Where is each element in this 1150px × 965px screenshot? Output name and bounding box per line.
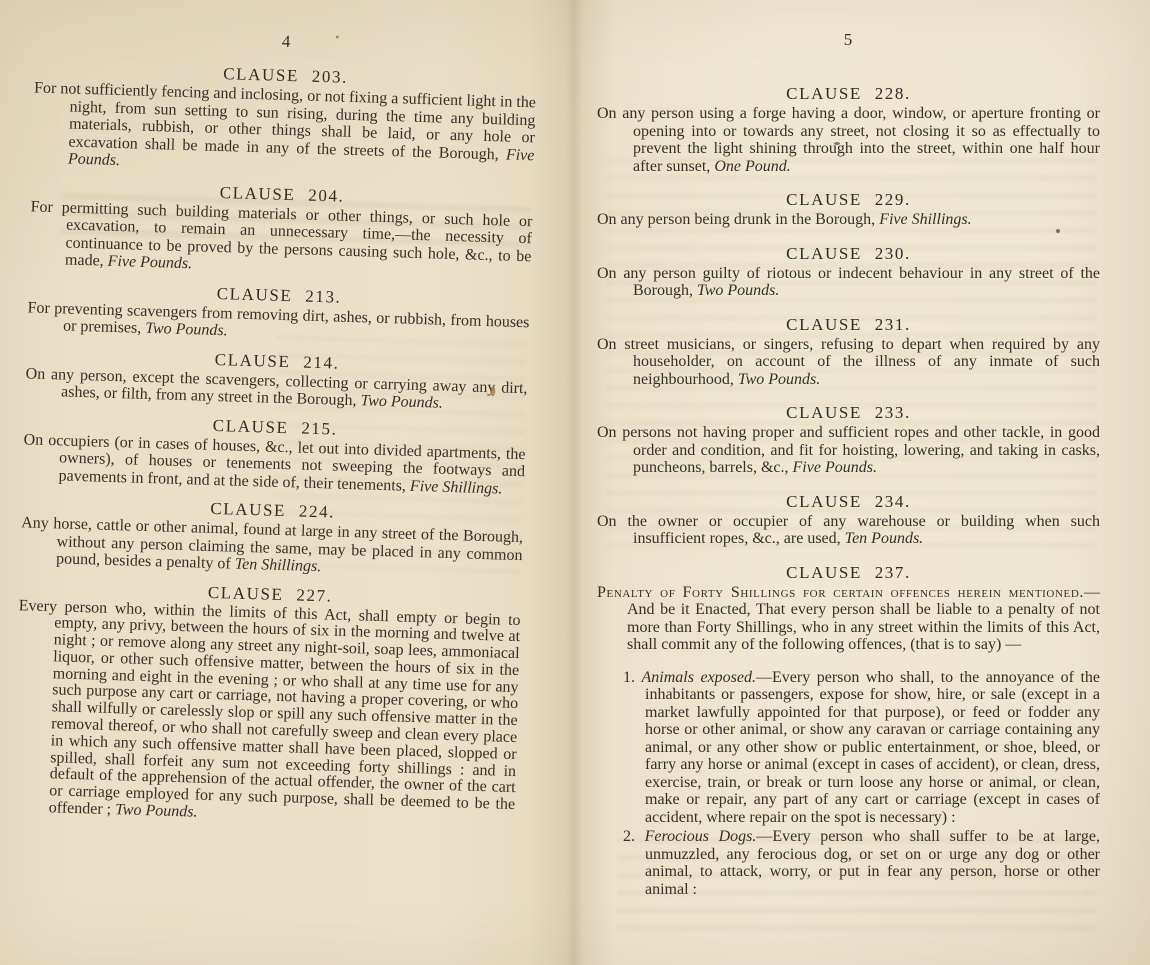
clause-204: CLAUSE 204. For permitting such building…: [29, 177, 533, 283]
page-number: 4: [35, 25, 537, 60]
page-5: 5 CLAUSE 228. On any person using a forg…: [597, 30, 1100, 900]
offence-item-2: 2. Ferocious Dogs.—Every person who shal…: [611, 828, 1100, 898]
item-number: 2.: [623, 828, 635, 845]
clause-heading: CLAUSE 231.: [597, 315, 1100, 335]
clause-227: CLAUSE 227. Every person who, within the…: [13, 577, 522, 831]
clause-penalty: Two Pounds.: [115, 801, 198, 820]
paper-speck: [1056, 229, 1060, 233]
clause-body: On any person using a forge having a doo…: [597, 105, 1100, 175]
clause-penalty: Five Shillings.: [410, 477, 503, 497]
clause-penalty: Ten Pounds.: [845, 530, 924, 547]
clause-penalty: Two Pounds.: [360, 392, 443, 411]
clause-heading: CLAUSE 228.: [597, 84, 1100, 104]
clause-213: CLAUSE 213. For preventing scavengers fr…: [27, 278, 530, 349]
clause-224: CLAUSE 224. Any horse, cattle or other a…: [20, 493, 524, 581]
clause-text: For not sufficiently fencing and inclosi…: [34, 79, 536, 162]
clause-214: CLAUSE 214. On any person, except the sc…: [25, 344, 528, 415]
clause-text: On any person using a forge having a doo…: [597, 105, 1100, 175]
clause-237: CLAUSE 237. Penalty of Forty Shillings f…: [597, 563, 1100, 654]
clause-penalty: Two Pounds.: [738, 371, 820, 388]
clause-231: CLAUSE 231. On street musicians, or sing…: [597, 315, 1100, 389]
clause-penalty: Two Pounds.: [145, 320, 228, 339]
clause-heading: CLAUSE 233.: [597, 403, 1100, 423]
clause-smallcaps-lead: Penalty of Forty Shillings for certain o…: [597, 584, 1084, 601]
item-lead: Animals exposed.: [642, 669, 757, 686]
clause-heading: CLAUSE 230.: [597, 244, 1100, 264]
clause-body: On persons not having proper and suffici…: [597, 424, 1100, 477]
clause-230: CLAUSE 230. On any person guilty of riot…: [597, 244, 1100, 300]
clause-body: On street musicians, or singers, refusin…: [597, 336, 1100, 389]
clause-body: On any person guilty of riotous or indec…: [597, 265, 1100, 300]
clause-body: Penalty of Forty Shillings for certain o…: [597, 584, 1100, 654]
page-4: 4 CLAUSE 203. For not sufficiently fenci…: [13, 25, 538, 831]
offence-list: 1. Animals exposed.—Every person who sha…: [597, 669, 1100, 899]
clause-heading: CLAUSE 229.: [597, 190, 1100, 210]
clause-penalty: Two Pounds.: [697, 282, 779, 299]
book-scan: 4 CLAUSE 203. For not sufficiently fenci…: [0, 0, 1150, 965]
page-number: 5: [597, 30, 1100, 50]
offence-item-1: 1. Animals exposed.—Every person who sha…: [611, 669, 1100, 827]
item-lead: Ferocious Dogs.: [645, 828, 757, 845]
item-text: —Every person who shall, to the annoyanc…: [645, 669, 1100, 826]
clause-body: Every person who, within the limits of t…: [13, 598, 521, 831]
clause-text: On any person guilty of riotous or indec…: [597, 265, 1100, 300]
clause-body: On any person being drunk in the Borough…: [597, 211, 1100, 229]
item-number: 1.: [623, 669, 635, 686]
clause-203: CLAUSE 203. For not sufficiently fencing…: [32, 58, 537, 181]
clause-body: For not sufficiently fencing and inclosi…: [32, 79, 536, 181]
clause-text: On any person being drunk in the Borough…: [597, 211, 875, 228]
clause-penalty: Five Shillings.: [879, 211, 971, 228]
clause-text: Every person who, within the limits of t…: [19, 597, 521, 818]
clause-heading: CLAUSE 237.: [597, 563, 1100, 583]
clause-body: For permitting such building materials o…: [29, 198, 533, 283]
clause-penalty: Five Pounds.: [793, 459, 877, 476]
clause-text: On street musicians, or singers, refusin…: [597, 336, 1100, 388]
clause-233: CLAUSE 233. On persons not having proper…: [597, 403, 1100, 477]
clause-228: CLAUSE 228. On any person using a forge …: [597, 84, 1100, 175]
clause-penalty: Five Pounds.: [107, 253, 192, 272]
clause-215: CLAUSE 215. On occupiers (or in cases of…: [22, 410, 526, 498]
clause-body: On the owner or occupier of any warehous…: [597, 513, 1100, 548]
clause-heading: CLAUSE 234.: [597, 492, 1100, 512]
clause-234: CLAUSE 234. On the owner or occupier of …: [597, 492, 1100, 548]
clause-penalty: Ten Shillings.: [234, 556, 321, 576]
clause-229: CLAUSE 229. On any person being drunk in…: [597, 190, 1100, 229]
clause-penalty: One Pound.: [714, 158, 790, 175]
